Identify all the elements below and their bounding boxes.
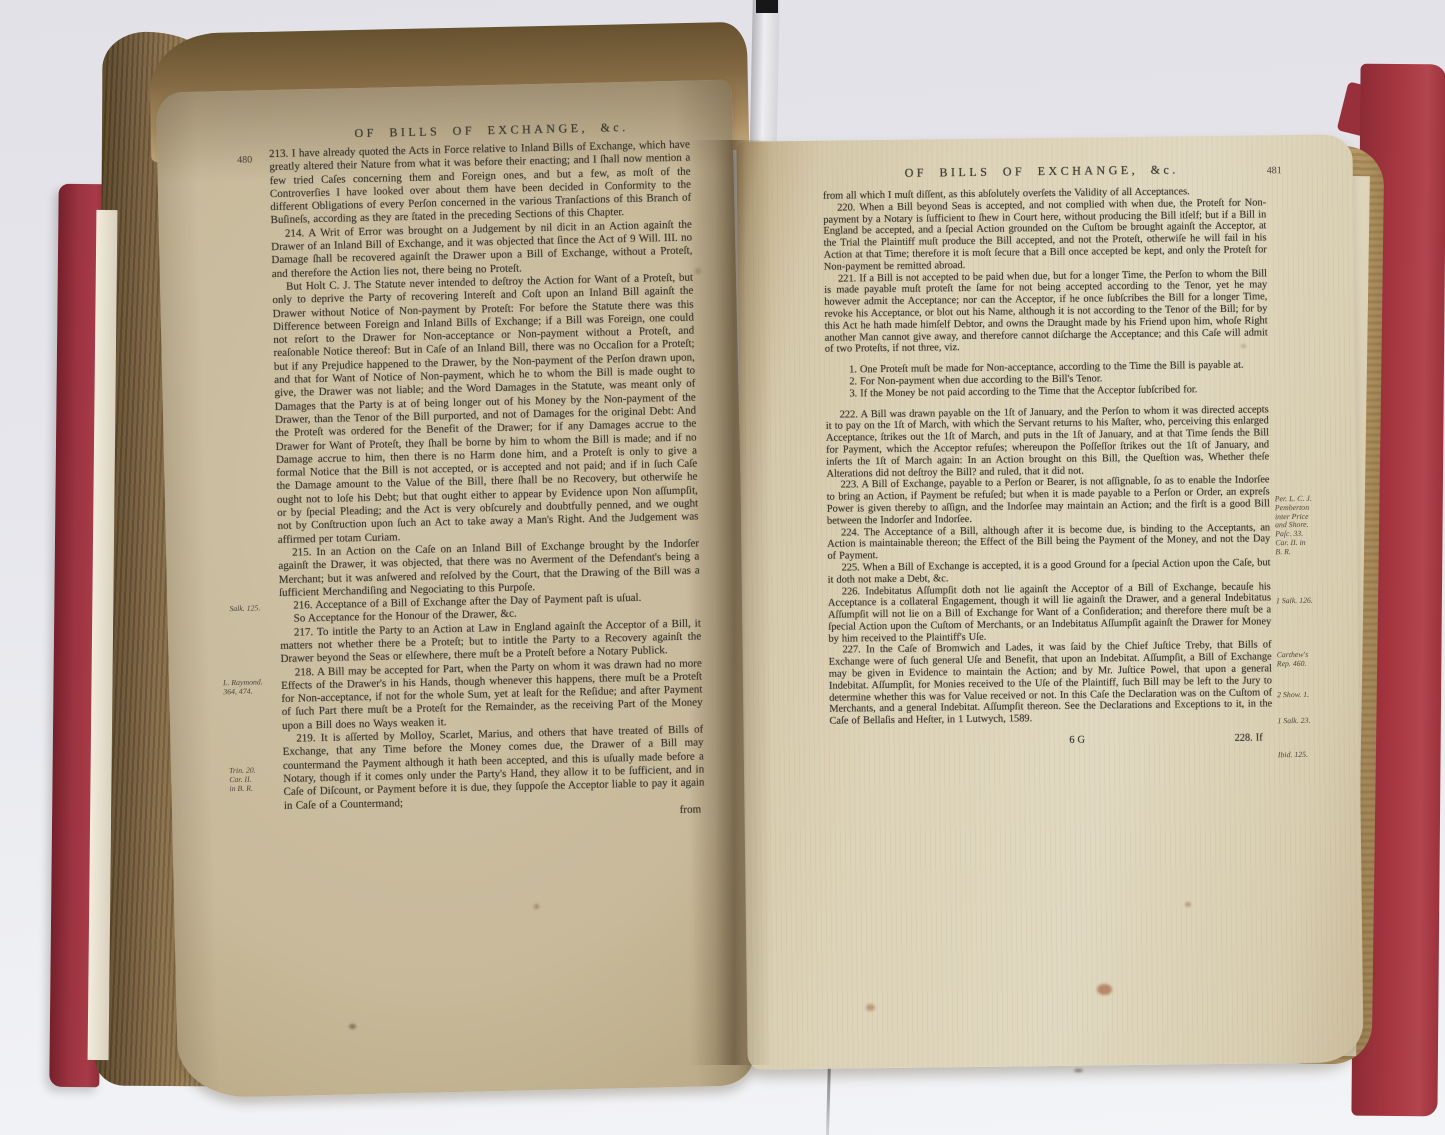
margin-note-pemberton: Per. L. C. J. Pemberton inter Price and … [1275, 495, 1334, 557]
margin-note-raymond: L. Raymond. 364, 474. [223, 678, 277, 697]
signature-spacer [830, 737, 920, 750]
page-number-right: 481 [1267, 165, 1282, 176]
photo-of-open-antique-book: 480 OF BILLS OF EXCHANGE, &c. Salk. 125.… [0, 0, 1445, 1135]
foxing-spot [349, 1024, 356, 1029]
page-number-left: 480 [237, 154, 252, 165]
margin-note-salk-126: 1 Salk. 126. [1276, 597, 1334, 607]
margin-note-salk-125: Salk. 125. [229, 604, 275, 614]
foxing-spot [695, 268, 701, 274]
book-page-right: 481 OF BILLS OF EXCHANGE, &c. Per. L. C.… [736, 134, 1363, 1069]
margin-note-ibid-125: Ibid. 125. [1278, 751, 1336, 761]
paragraph-214: 214. A Writ of Error was brought on a Ju… [271, 218, 693, 281]
paragraph-holt: But Holt C. J. The Statute never intende… [272, 271, 699, 546]
paragraph-219: 219. It is aſſerted by Molloy, Scarlet, … [282, 723, 705, 812]
paragraph-215: 215. In an Action on the Caſe on an Inla… [278, 537, 700, 600]
catchword-right: 228. If [1235, 732, 1263, 744]
foxing-spot [1185, 902, 1191, 907]
paragraph-218: 218. A Bill may be accepted for Part, wh… [281, 657, 703, 733]
paragraph-213: 213. I have already quoted the Acts in F… [269, 139, 692, 228]
foxing-spot [1097, 984, 1112, 995]
foxing-spot [866, 1004, 875, 1011]
running-header-right: OF BILLS OF EXCHANGE, &c. [862, 162, 1222, 181]
protest-list: 1. One Proteſt muſt be made for Non-acce… [849, 359, 1268, 400]
paragraph-221: 221. If a Bill is not accepted to be pai… [824, 268, 1268, 356]
margin-note-salk-23: 1 Salk. 23. [1277, 717, 1335, 727]
foxing-spot [1241, 344, 1246, 348]
paragraph-220: 220. When a Bill beyond Seas is accepted… [823, 197, 1267, 273]
foxing-spot [534, 904, 539, 909]
margin-note-trin-20: Trin. 20. Car. II. in B. R. [229, 766, 280, 794]
dust-speck [1074, 1069, 1083, 1072]
text-column-left: 213. I have already quoted the Acts in F… [269, 139, 705, 827]
text-column-right: from all which I muſt diſſent, as this a… [823, 185, 1273, 749]
signature-mark: 6 G [1069, 735, 1085, 747]
signature-line: 6 G 228. If [830, 732, 1273, 749]
book-page-left: 480 OF BILLS OF EXCHANGE, &c. Salk. 125.… [156, 80, 755, 1099]
paragraph-224: 224. The Acceptance of a Bill, although … [827, 522, 1270, 563]
margin-note-show-1: 2 Show. 1. [1277, 691, 1335, 701]
paragraph-223: 223. A Bill of Exchange, payable to a Pe… [826, 475, 1270, 528]
paragraph-226: 226. Indebitatus Aſſumpſit doth not lie … [828, 581, 1272, 645]
margin-note-carthew: Carthew's Rep. 460. [1277, 651, 1335, 669]
paragraph-222: 222. A Bill was drawn payable on the 1ſt… [826, 404, 1270, 480]
paragraph-227: 227. In the Caſe of Bromwich and Lades, … [829, 640, 1273, 728]
book-stand-clip [756, 0, 778, 13]
